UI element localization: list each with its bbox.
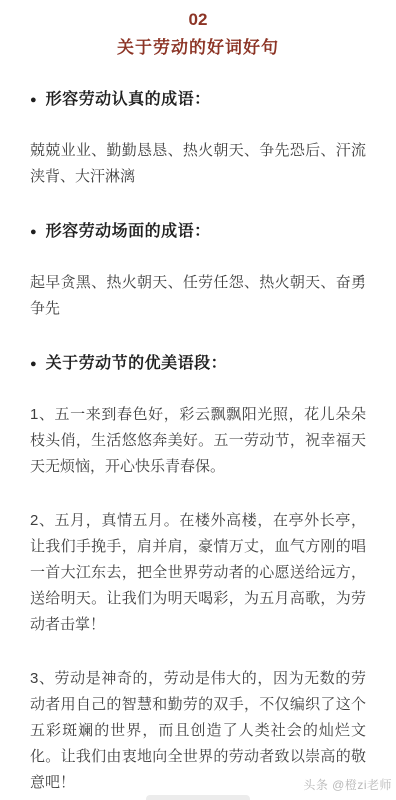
section-heading-label: 关于劳动节的优美语段： <box>46 354 228 374</box>
section-heading-label: 形容劳动场面的成语： <box>46 222 211 242</box>
bullet-icon: ● <box>30 354 37 374</box>
bullet-icon: ● <box>30 90 37 110</box>
section-number: 02 <box>30 10 366 30</box>
section-heading-passages: ● 关于劳动节的优美语段： <box>30 354 366 374</box>
page-title: 关于劳动的好词好句 <box>30 38 366 58</box>
passage-paragraph-1: 1、五一来到春色好，彩云飘飘阳光照，花儿朵朵枝头俏，生活悠悠奔美好。五一劳动节，… <box>30 402 366 480</box>
idiom-list-diligence: 兢兢业业、勤勤恳恳、热火朝天、争先恐后、汗流浃背、大汗淋漓 <box>30 138 366 190</box>
section-heading-scene: ● 形容劳动场面的成语： <box>30 222 366 242</box>
article-page: 02 关于劳动的好词好句 ● 形容劳动认真的成语： 兢兢业业、勤勤恳恳、热火朝天… <box>0 0 396 800</box>
idiom-list-scene: 起早贪黑、热火朝天、任劳任怨、热火朝天、奋勇争先 <box>30 270 366 322</box>
passage-paragraph-2: 2、五月，真情五月。在楼外高楼，在亭外长亭，让我们手挽手，肩并肩，豪情万丈，血气… <box>30 508 366 638</box>
section-heading-label: 形容劳动认真的成语： <box>46 90 211 110</box>
next-card-edge <box>146 795 250 800</box>
bullet-icon: ● <box>30 222 37 242</box>
section-heading-diligence: ● 形容劳动认真的成语： <box>30 90 366 110</box>
watermark: 头条 @橙zi老师 <box>303 776 392 793</box>
